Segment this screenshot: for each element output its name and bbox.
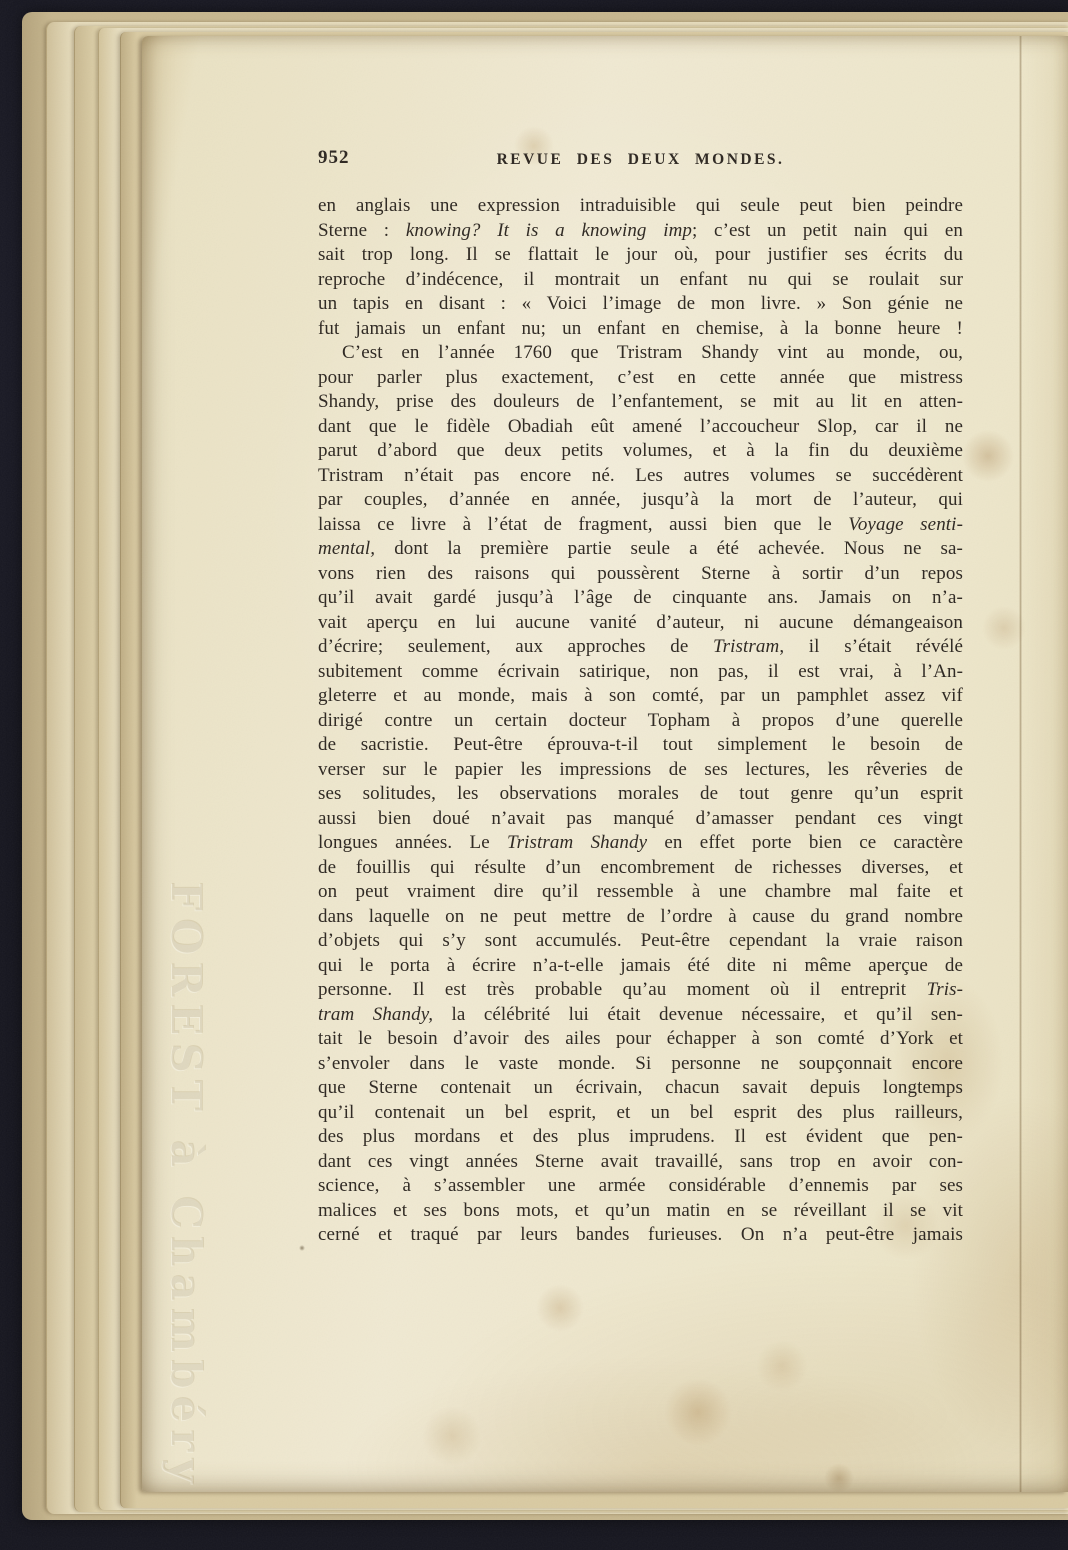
text-line: pour parler plus exactement, c’est en ce… xyxy=(318,366,963,391)
text-line: qui le porta à écrire n’a-t-elle jamais … xyxy=(318,954,963,979)
text-line: de sacristie. Peut-être éprouva-t-il tou… xyxy=(318,733,963,758)
text-line: gleterre et au monde, mais à son comté, … xyxy=(318,684,963,709)
text-line: par couples, d’année en année, jusqu’à l… xyxy=(318,488,963,513)
text-line: dant que le fidèle Obadiah eût amené l’a… xyxy=(318,415,963,440)
text-line: malices et ses bons mots, et qu’un matin… xyxy=(318,1199,963,1224)
text-line: cerné et traqué par leurs bandes furieus… xyxy=(318,1223,963,1248)
text-line: mental, dont la première partie seule a … xyxy=(318,537,963,562)
text-line: qu’il contenait un bel esprit, et un bel… xyxy=(318,1101,963,1126)
text-line: de fouillis qui résulte d’un encombremen… xyxy=(318,856,963,881)
text-line: verser sur le papier les impressions de … xyxy=(318,758,963,783)
binder-stamp-watermark: FOREST à Chambéry xyxy=(162,881,211,1471)
text-line: sait trop long. Il se flattait le jour o… xyxy=(318,243,963,268)
text-line: qu’il avait gardé jusqu’à l’âge de cinqu… xyxy=(318,586,963,611)
text-line: personne. Il est très probable qu’au mom… xyxy=(318,978,963,1003)
text-line: s’envoler dans le vaste monde. Si person… xyxy=(318,1052,963,1077)
running-title: REVUE DES DEUX MONDES. xyxy=(318,151,963,169)
text-line: subitement comme écrivain satirique, non… xyxy=(318,660,963,685)
text-line: un tapis en disant : « Voici l’image de … xyxy=(318,292,963,317)
text-line: fut jamais un enfant nu; un enfant en ch… xyxy=(318,317,963,342)
paragraph: C’est en l’année 1760 que Tristram Shand… xyxy=(318,341,963,1248)
text-line: tram Shandy, la célébrité lui était deve… xyxy=(318,1003,963,1028)
paragraph: en anglais une expression intraduisible … xyxy=(318,194,963,341)
text-line: dans laquelle on ne peut mettre de l’ord… xyxy=(318,905,963,930)
body-text: en anglais une expression intraduisible … xyxy=(318,194,963,1248)
book-page: FOREST à Chambéry 952 REVUE DES DEUX MON… xyxy=(142,36,1068,1492)
text-line: vons rien des raisons qui poussèrent Ste… xyxy=(318,562,963,587)
text-line: science, à s’assembler une armée considé… xyxy=(318,1174,963,1199)
text-line: d’écrire; seulement, aux approches de Tr… xyxy=(318,635,963,660)
text-line: Shandy, prise des douleurs de l’enfantem… xyxy=(318,390,963,415)
text-line: dirigé contre un certain docteur Topham … xyxy=(318,709,963,734)
text-line: dant ces vingt années Sterne avait trava… xyxy=(318,1150,963,1175)
text-line: ses solitudes, les observations morales … xyxy=(318,782,963,807)
text-line: C’est en l’année 1760 que Tristram Shand… xyxy=(318,341,963,366)
text-line: on peut vraiment dire qu’il ressemble à … xyxy=(318,880,963,905)
text-line: parut d’abord que deux petits volumes, e… xyxy=(318,439,963,464)
gutter-shading xyxy=(1022,36,1068,1492)
text-line: Sterne : knowing? It is a knowing imp; c… xyxy=(318,219,963,244)
text-line: tait le besoin d’avoir des ailes pour éc… xyxy=(318,1027,963,1052)
text-line: en anglais une expression intraduisible … xyxy=(318,194,963,219)
text-line: d’objets qui s’y sont accumulés. Peut-êt… xyxy=(318,929,963,954)
text-line: reproche d’indécence, il montrait un enf… xyxy=(318,268,963,293)
text-line: que Sterne contenait un écrivain, chacun… xyxy=(318,1076,963,1101)
text-line: Tristram n’était pas encore né. Les autr… xyxy=(318,464,963,489)
text-line: laissa ce livre à l’état de fragment, au… xyxy=(318,513,963,538)
text-line: longues années. Le Tristram Shandy en ef… xyxy=(318,831,963,856)
text-line: vait aperçu en lui aucune vanité d’auteu… xyxy=(318,611,963,636)
text-line: des plus mordans et des plus imprudens. … xyxy=(318,1125,963,1150)
book-scan: FOREST à Chambéry 952 REVUE DES DEUX MON… xyxy=(0,0,1068,1550)
text-line: aussi bien doué n’avait pas manqué d’ama… xyxy=(318,807,963,832)
